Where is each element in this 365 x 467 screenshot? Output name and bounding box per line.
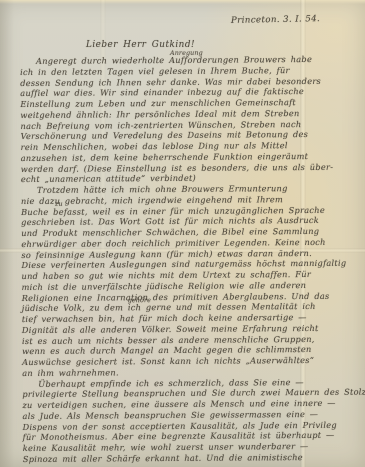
date-line: Princeton. 3. I. 54. <box>231 14 320 26</box>
paragraph: Trotzdem hätte ich mich ohne Brouwers Er… <box>21 183 357 379</box>
handwritten-line: Spinoza mit aller Schärfe erkannt hat. U… <box>23 451 358 464</box>
inserted-word: gehöre <box>128 297 151 303</box>
letter-body: Angeregt durch wiederholte Aufforderunge… <box>20 54 358 465</box>
inserted-word: Anregung <box>170 49 203 55</box>
inserted-word: zu <box>55 201 63 207</box>
paper-left-shadow <box>0 0 14 467</box>
letter-page: Princeton. 3. I. 54. Lieber Herr Gutkind… <box>0 0 365 467</box>
paper-top-edge <box>0 0 365 4</box>
paragraph: Überhaupt empfinde ich es schmerzlich, d… <box>22 376 358 464</box>
paragraph: Angeregt durch wiederholte Aufforderunge… <box>20 54 356 185</box>
